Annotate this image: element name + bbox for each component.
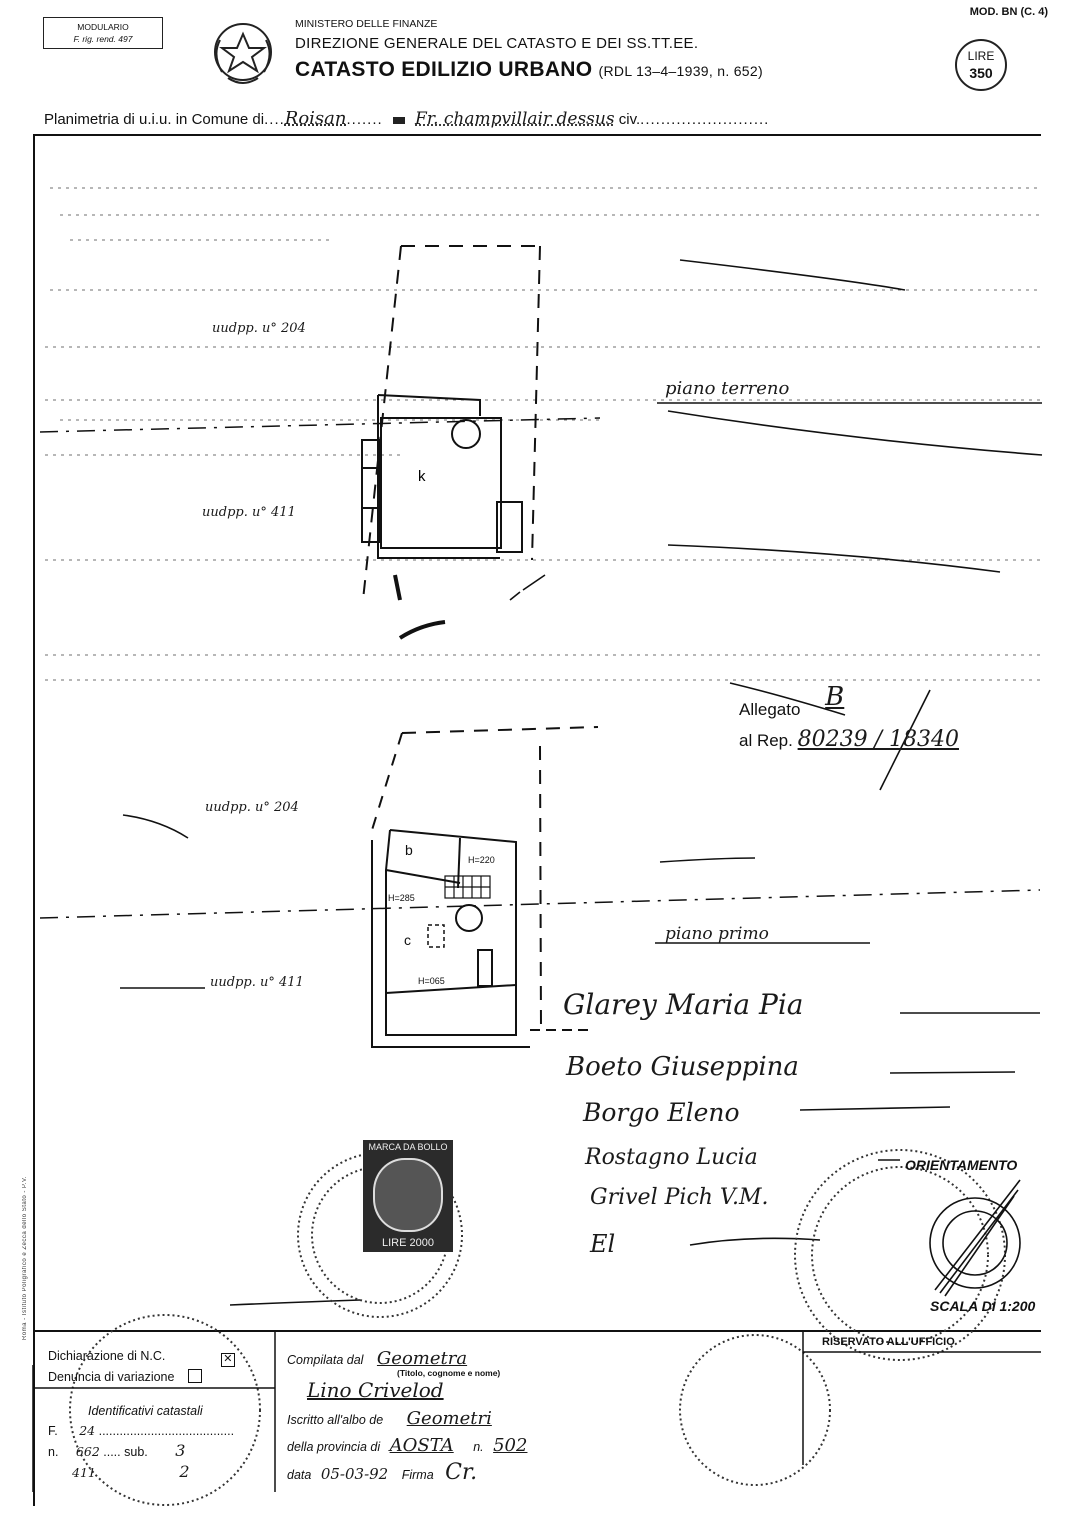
ff-neighbor-top: uudpp. u° 204: [205, 800, 299, 815]
numero-row: n. 662 ..... sub. 3: [48, 1441, 235, 1462]
albo-number-value: 502: [493, 1435, 527, 1456]
signature-4: Rostagno Lucia: [585, 1145, 758, 1170]
scale-label: SCALA DI 1:200: [930, 1298, 1035, 1314]
provincia-label: della provincia di: [287, 1440, 380, 1454]
albo-number-label: n.: [473, 1440, 483, 1454]
signature-1: Glarey Maria Pia: [563, 988, 803, 1021]
option-variation[interactable]: Denuncia di variazione: [48, 1367, 235, 1387]
date-value: 05-03-92: [321, 1465, 388, 1483]
height-label-1: H=220: [468, 855, 495, 865]
compiler-cell: Compilata dal Geometra (Titolo, cognome …: [287, 1346, 527, 1488]
repertorio-line: al Rep. 80239 / 18340: [739, 727, 959, 752]
repertorio-label: al Rep.: [739, 731, 793, 750]
revenue-stamp-title: MARCA DA BOLLO: [363, 1142, 453, 1152]
albo-label: Iscritto all'albo de: [287, 1413, 383, 1427]
signature-2: Boeto Giuseppina: [566, 1052, 799, 1082]
gf-neighbor-top: uudpp. u° 204: [212, 321, 306, 336]
numero-value: 662: [76, 1444, 100, 1459]
signature-5: Grivel Pich V.M.: [590, 1185, 768, 1210]
allegato-value: B: [825, 682, 844, 712]
ff-neighbor-bottom: uudpp. u° 411: [210, 975, 304, 990]
identifiers-label: Identificativi catastali: [88, 1401, 235, 1421]
numero-value-2: 411: [72, 1465, 96, 1480]
repertorio-value: 80239 / 18340: [798, 727, 959, 752]
numero-row-2: 411 2: [48, 1462, 235, 1483]
declaration-cell: Dichiarazione di N.C. ✕ Denuncia di vari…: [48, 1346, 235, 1483]
firma-value: Cr.: [445, 1460, 477, 1485]
printer-imprint: Roma - Istituto Poligrafico e Zecca dell…: [22, 1140, 28, 1340]
room-k-label: k: [418, 468, 426, 485]
compiler-name: Lino Crivelod: [307, 1378, 444, 1402]
allegato-line: Allegato B: [739, 692, 844, 722]
first-floor-label: piano primo: [665, 924, 769, 944]
portrait-icon: [373, 1158, 443, 1232]
date-label: data: [287, 1468, 311, 1482]
checkbox-variation[interactable]: [188, 1369, 202, 1383]
compilata-value: Geometra: [377, 1348, 467, 1369]
room-b-label: b: [405, 842, 413, 858]
provincia-value: AOSTA: [390, 1435, 454, 1456]
foglio-row: F. 24 ..................................…: [48, 1421, 235, 1441]
signature-6: El: [590, 1230, 615, 1258]
room-c-label: c: [404, 932, 411, 948]
sub-value: 3: [175, 1441, 185, 1460]
firma-label: Firma: [402, 1468, 434, 1482]
height-label-3: H=065: [418, 976, 445, 986]
gf-neighbor-bottom: uudpp. u° 411: [202, 505, 296, 520]
revenue-stamp-value: LIRE 2000: [363, 1237, 453, 1249]
sub-value-2: 2: [179, 1462, 189, 1481]
albo-value: Geometri: [407, 1408, 492, 1429]
foglio-value: 24: [79, 1423, 95, 1438]
checkbox-new-construction[interactable]: ✕: [221, 1353, 235, 1367]
reserved-office-label: RISERVATO ALL'UFFICIO: [822, 1336, 955, 1348]
title-hint: (Titolo, cognome e nome): [397, 1368, 527, 1378]
option-new-construction[interactable]: Dichiarazione di N.C. ✕: [48, 1346, 235, 1367]
ground-floor-label: piano terreno: [665, 378, 789, 399]
height-label-2: H=285: [388, 893, 415, 903]
signature-3: Borgo Eleno: [583, 1098, 740, 1127]
allegato-label: Allegato: [739, 700, 800, 719]
orientation-label: ORIENTAMENTO: [905, 1157, 1017, 1173]
compilata-label: Compilata dal: [287, 1353, 363, 1367]
compass-icon: [930, 1180, 1020, 1296]
floor-plan-drawing: k b c: [0, 0, 1085, 1536]
revenue-stamp: MARCA DA BOLLO LIRE 2000: [363, 1140, 453, 1252]
